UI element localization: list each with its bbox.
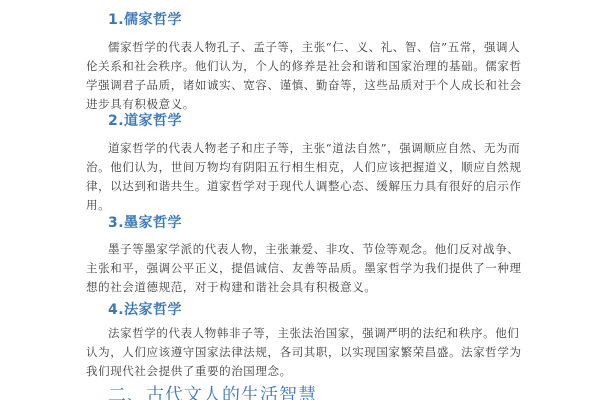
paragraph-line: 用。	[86, 198, 110, 212]
document-page: 1.儒家哲学 儒家哲学的代表人物孔子、孟子等，主张“仁、义、礼、智、信”五常，强…	[0, 0, 600, 400]
paragraph-line: 进步具有积极意义。	[86, 97, 195, 111]
paragraph-line: 想的社会道德规范，对于构建和谐社会具有积极意义。	[86, 280, 376, 294]
paragraph-line: 伦关系和社会秩序。他们认为，个人的修养是社会和谐和国家治理的基础。儒家哲	[86, 59, 522, 73]
paragraph-line: 我们现代社会提供了重要的治国理念。	[86, 364, 292, 378]
paragraph-line: 法家哲学的代表人物韩非子等，主张法治国家，强调严明的法纪和秩序。他们	[108, 326, 519, 340]
paragraph-line: 律，以达到和谐共生。道家哲学对于现代人调整心态、缓解压力具有很好的启示作	[86, 179, 522, 193]
section-heading-confucianism: 1.儒家哲学	[108, 9, 182, 29]
paragraph-line: 治。他们认为，世间万物均有阴阳五行相生相克，人们应该把握道义，顺应自然规	[86, 160, 522, 174]
paragraph-line: 墨子等墨家学派的代表人物，主张兼爱、非攻、节俭等观念。他们反对战争、	[108, 242, 519, 256]
section-heading-mohism: 3.墨家哲学	[108, 212, 182, 232]
section-heading-legalism: 4.法家哲学	[108, 299, 182, 319]
paragraph-line: 儒家哲学的代表人物孔子、孟子等，主张“仁、义、礼、智、信”五常，强调人	[108, 40, 520, 54]
paragraph-line: 道家哲学的代表人物老子和庄子等，主张“道法自然”，强调顺应自然、无为而	[108, 141, 520, 155]
paragraph-line: 主张和平，强调公平正义，提倡诚信、友善等品质。墨家哲学为我们提供了一种理	[86, 261, 522, 275]
section-heading-taoism: 2.道家哲学	[108, 110, 182, 130]
paragraph-line: 认为，人们应该遵守国家法律法规，各司其职，以实现国家繁荣昌盛。法家哲学为	[86, 345, 522, 359]
paragraph-line: 学强调君子品质，诸如诚实、宽容、谨慎、勤奋等，这些品质对于个人成长和社会	[86, 78, 522, 92]
chapter-heading: 二、古代文人的生活智慧	[108, 381, 317, 400]
